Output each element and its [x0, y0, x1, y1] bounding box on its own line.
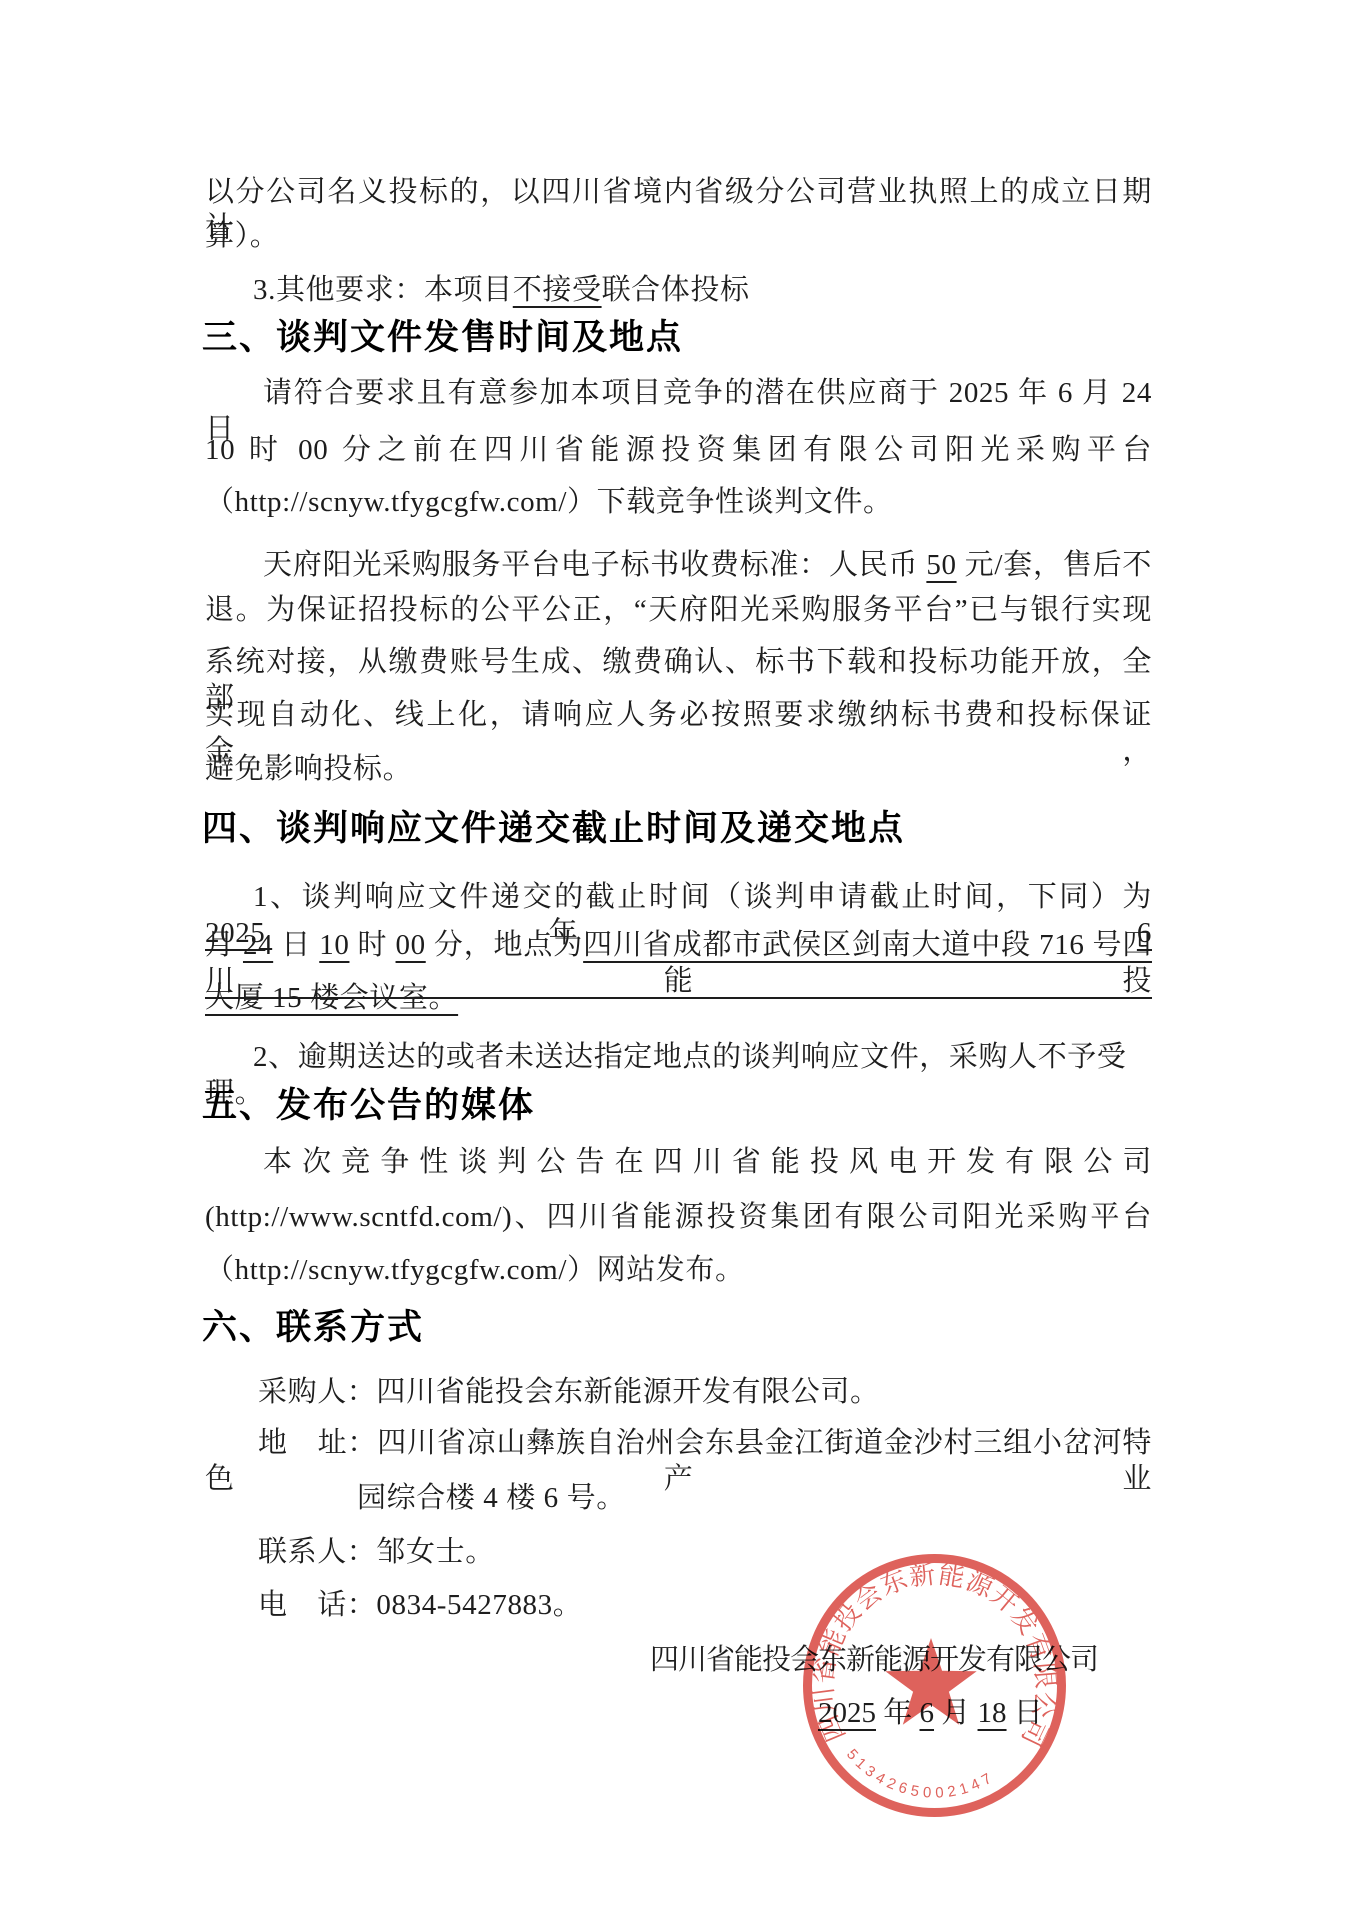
text-line: 退。为保证招投标的公平公正，“天府阳光采购服务平台”已与银行实现	[205, 592, 1152, 628]
text-line: 本次竞争性谈判公告在四川省能投风电开发有限公司	[205, 1144, 1152, 1180]
other-requirements-line: 3.其他要求：本项目不接受联合体投标	[205, 272, 1152, 308]
section-heading-5: 五、发布公告的媒体	[202, 1083, 1162, 1129]
text-line-url: (http://www.scntfd.com/)、四川省能源投资集团有限公司阳光…	[205, 1199, 1152, 1235]
purchaser-line: 采购人：四川省能投会东新能源开发有限公司。	[205, 1374, 1152, 1410]
seal-star-icon	[885, 1638, 976, 1725]
official-seal: 四川省能投会东新能源开发有限公司 5134265002147	[798, 1550, 1072, 1824]
section-heading-4: 四、谈判响应文件递交截止时间及递交地点	[202, 806, 1162, 852]
deadline-line: 大厦 15 楼会议室。	[205, 980, 1152, 1016]
document-page: 以分公司名义投标的，以四川省境内省级分公司营业执照上的成立日期计 算）。 3.其…	[0, 0, 1357, 1920]
address-line: 园综合楼 4 楼 6 号。	[205, 1480, 1152, 1516]
section-heading-6: 六、联系方式	[202, 1305, 1162, 1351]
text-line-url: （http://scnyw.tfygcgfw.com/）网站发布。	[205, 1252, 1152, 1288]
text-line: 避免影响投标。	[205, 751, 1152, 787]
section-heading-3: 三、谈判文件发售时间及地点	[202, 315, 1162, 361]
text-line: 10 时 00 分之前在四川省能源投资集团有限公司阳光采购平台	[205, 432, 1152, 468]
text-line: 算）。	[205, 218, 1152, 254]
text-line: 天府阳光采购服务平台电子标书收费标准：人民币 50 元/套，售后不	[205, 547, 1152, 583]
text-line-url: （http://scnyw.tfygcgfw.com/）下载竞争性谈判文件。	[205, 484, 1152, 520]
